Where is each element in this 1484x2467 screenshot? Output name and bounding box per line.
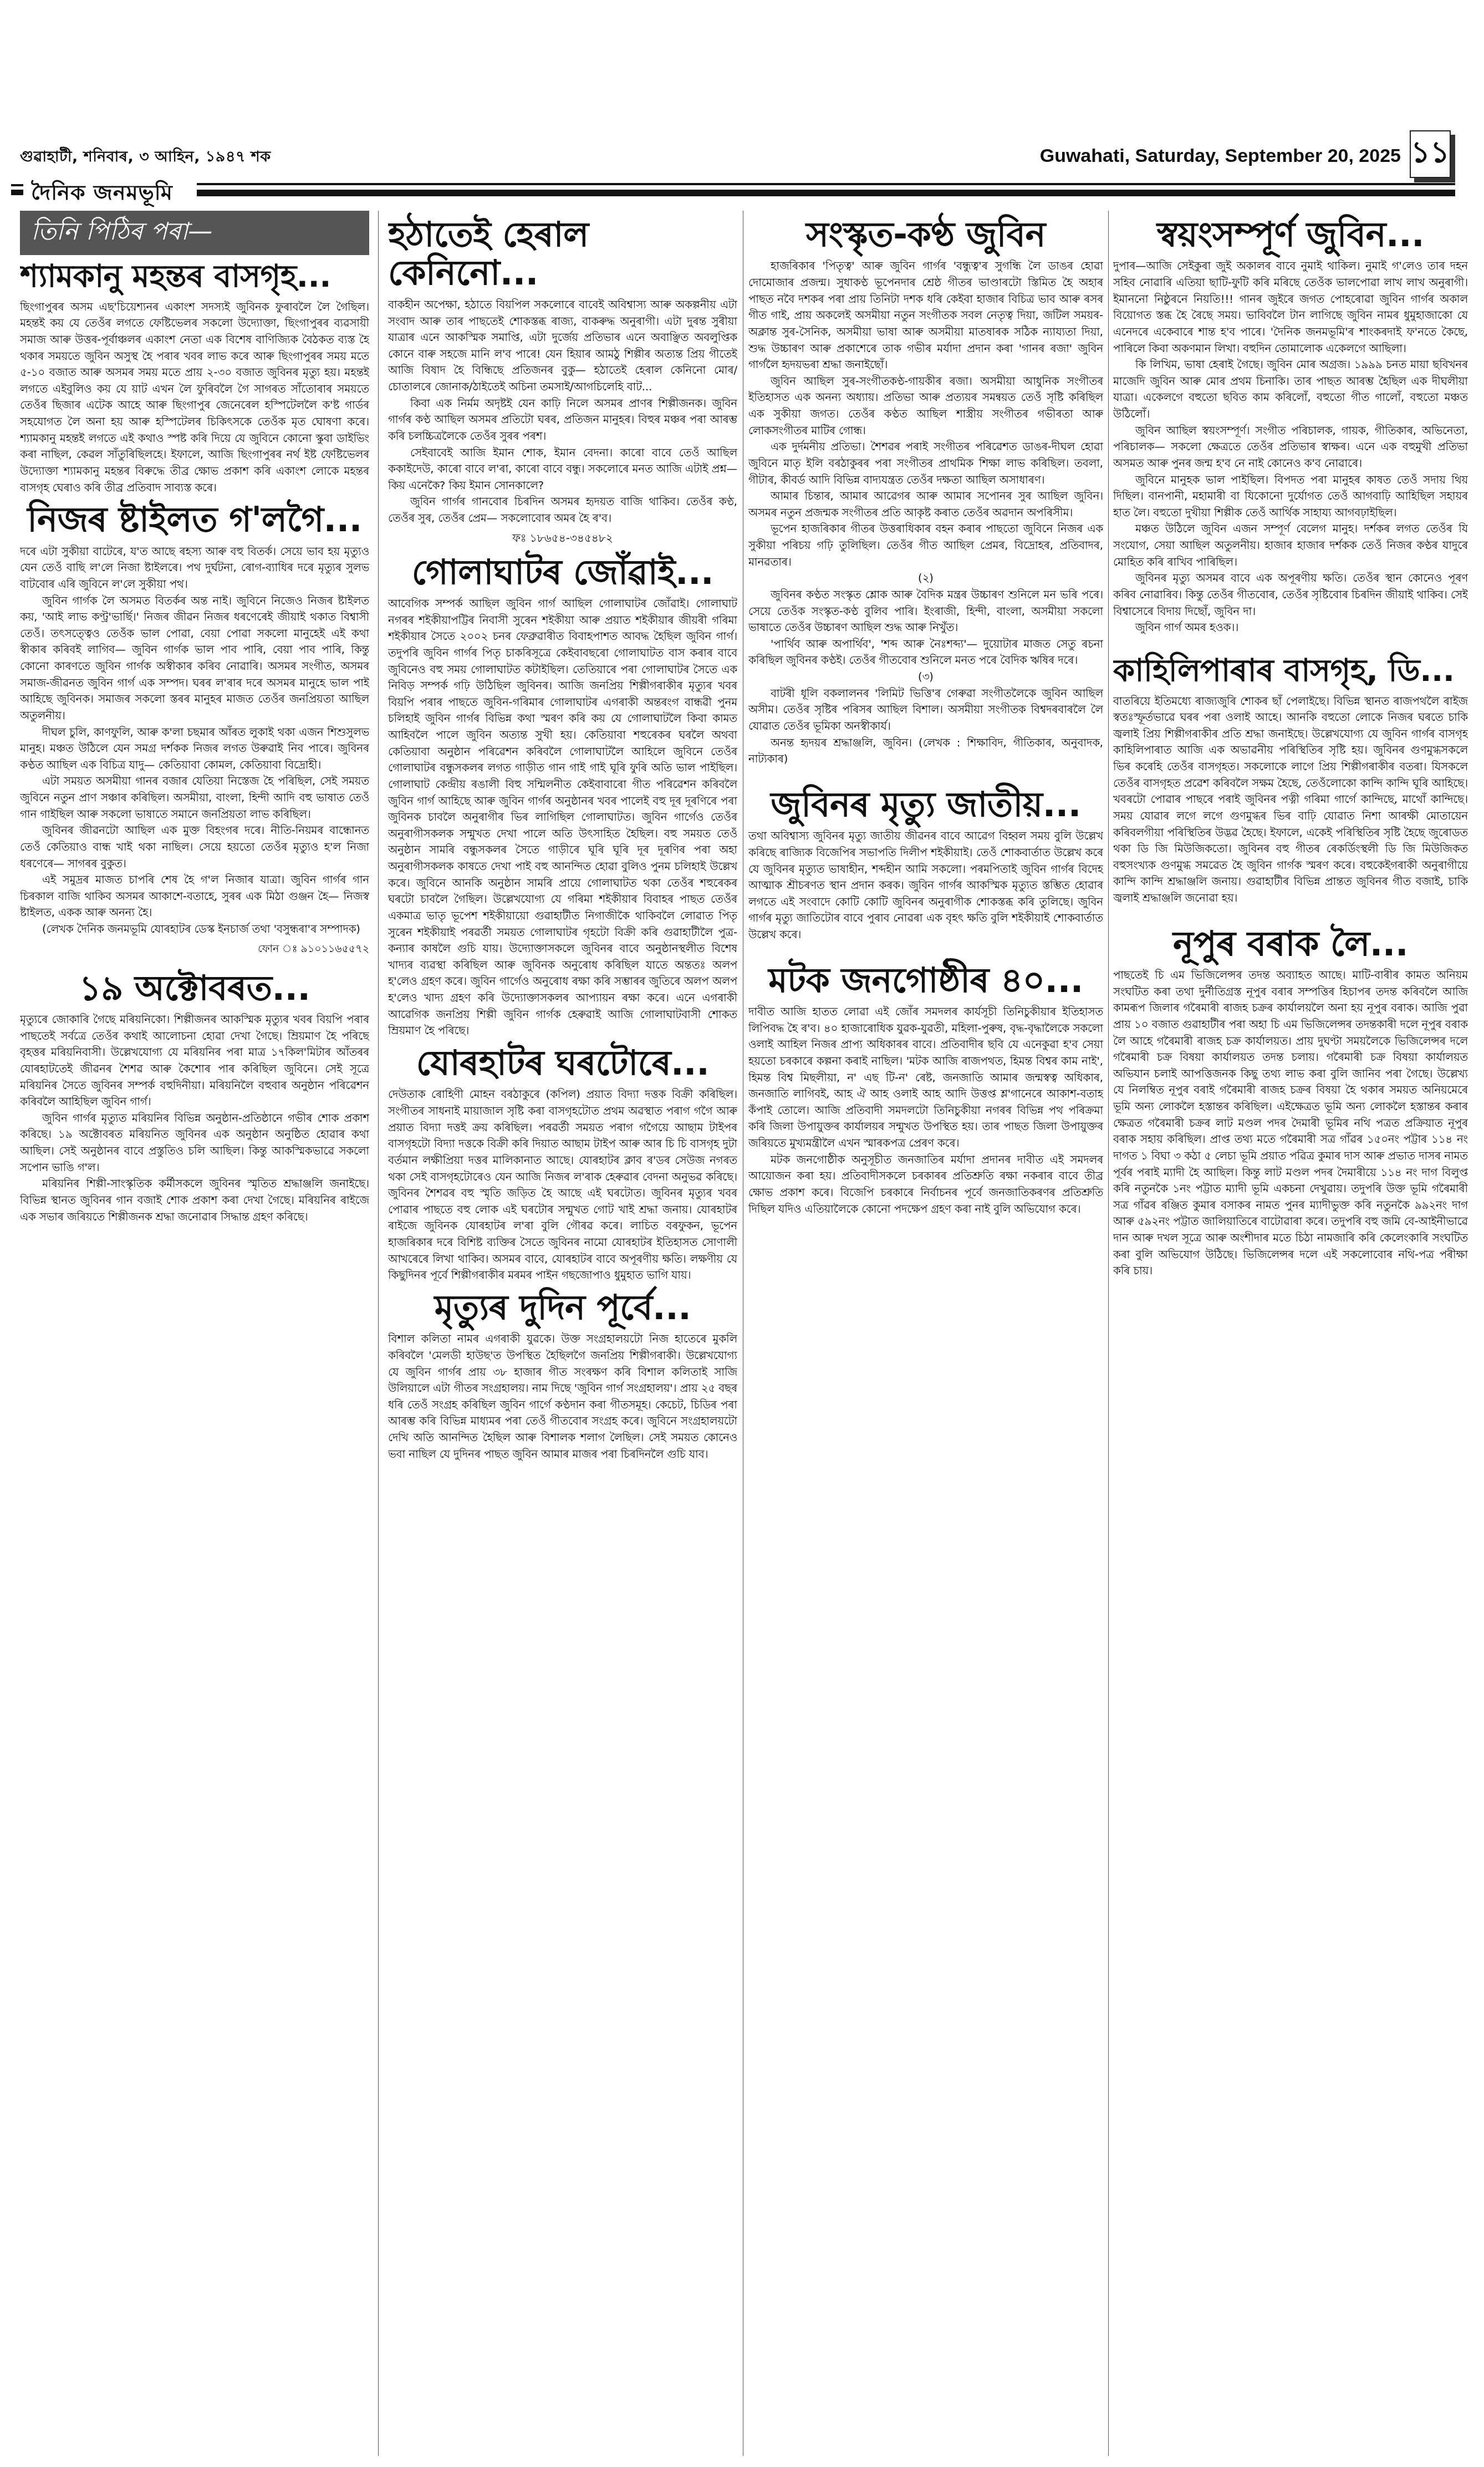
paragraph: জুবিন গাৰ্গৰ গানবোৰ চিৰদিন অসমৰ হৃদয়ত ব… [388,494,737,526]
brand-rule-left-thin [11,184,23,186]
article-sanskrit-voice-zubeen: সংস্কৃত-কণ্ঠ জুবিন হাজৰিকাৰ 'পিতৃত্ব' আৰ… [748,215,1103,767]
article-headline: ১৯ অক্টোবৰত... [20,969,369,1007]
paragraph: জুবিন গাৰ্গক লৈ অসমত বিতৰ্কৰ অন্ত নাই। জ… [20,593,369,724]
brand-rule-right-thick [197,190,1455,196]
brand-name: দৈনিক জনমভূমি [31,176,173,212]
paragraph: জুবিনৰ মৃত্যু অসমৰ বাবে এক অপূৰণীয় ক্ষত… [1113,570,1468,619]
column-divider [743,211,743,2456]
article-headline: মৃত্যুৰ দুদিন পূৰ্বে... [388,1288,737,1326]
paragraph: বিশাল কলিতা নামৰ এগৰাকী যুৱকে। উক্ত সংগ্… [388,1331,737,1462]
paragraph: জুবিন গাৰ্গ অমৰ হওক।। [1113,619,1468,636]
paragraph: কিবা এক নিৰ্মম অদৃষ্টই যেন কাঢ়ি নিলে অস… [388,395,737,445]
brand-rule-right-thin [197,183,1455,185]
paragraph: মটক জনগোষ্ঠীক অনুসূচীত জনজাতিৰ মৰ্যাদা প… [748,1152,1103,1218]
article-headline: সংস্কৃত-কণ্ঠ জুবিন [748,215,1103,253]
section-number: (৩) [748,669,1103,685]
paragraph: বাতৰিয়ে ইতিমধ্যে ৰাজ্যজুৰি শোকৰ ছাঁ পেল… [1113,693,1468,907]
paragraph: এক দুৰ্দমনীয় প্ৰতিভা। শৈশৱৰ পৰাই সংগীতৰ… [748,439,1103,488]
article-zubeen-death-national: জুবিনৰ মৃত্যু জাতীয়... তথা অবিশ্বাস্য জ… [748,785,1103,943]
paragraph: ছিংগাপুৰৰ অসম এছ'চিয়েশ্যনৰ একাংশ সদস্যই… [20,299,369,496]
paragraph: মৰিয়নিৰ শিল্পী-সাংস্কৃতিক কৰ্মীসকলে জুব… [20,1176,369,1225]
article-headline: জুবিনৰ মৃত্যু জাতীয়... [748,785,1103,823]
paragraph: এটা সময়ত অসমীয়া গানৰ বজাৰ যেতিয়া নিস্… [20,773,369,822]
paragraph: দেউতাক ৰোহিণী মোহন বৰঠাকুৰে (কপিল) প্ৰয়… [388,1086,737,1284]
article-golaghat-son-in-law: গোলাঘাটৰ জোঁৱাই... আবেগিক সম্পৰ্ক আছিল জ… [388,553,737,1039]
article-headline: যোৰহাটৰ ঘৰটোৰে... [388,1044,737,1082]
paragraph: আমাৰ চিন্তাৰ, আমাৰ আৱেগৰ আৰু আমাৰ সপোনৰ … [748,488,1103,521]
article-body: দৰে এটা সুকীয়া বাটেৰে, য'ত আছে ৰহস্য আৰ… [20,543,369,938]
article-headline: শ্যামকানু মহন্তৰ বাসগৃহ... [20,260,369,294]
paragraph: জুবিনৰ জীৱনটো আছিল এক মুক্ত বিহংগৰ দৰে। … [20,822,369,872]
article-two-days-before-death: মৃত্যুৰ দুদিন পূৰ্বে... বিশাল কলিতা নামৰ… [388,1288,737,1462]
continued-from-page-3-banner: তিনি পিঠিৰ পৰা— [20,211,369,255]
paragraph: জুবিনে মানুহক ভাল পাইছিল। বিপদত পৰা মানু… [1113,472,1468,521]
paragraph: এই সমুদ্ৰৰ মাজত চাপৰি শেষ হৈ গ'ল নিজাৰ য… [20,872,369,921]
author-note: অনন্ত হৃদয়ৰ শ্ৰদ্ধাঞ্জলি, জুবিন। (লেখক … [748,735,1103,767]
paragraph: বাকহীন অপেক্ষা, হঠাতে বিয়পিল সকলোৰে বাব… [388,297,737,395]
paragraph: দুপাৰ—আজি সেইকুৰা জুই অকালৰ বাবে নুমাই থ… [1113,258,1468,357]
column-2: হঠাতেই হেৰাল কেনিনো... বাকহীন অপেক্ষা, হ… [388,211,737,2456]
article-body: দুপাৰ—আজি সেইকুৰা জুই অকালৰ বাবে নুমাই থ… [1113,258,1468,635]
article-kahilipara-residence: কাহিলিপাৰাৰ বাসগৃহ, ডি... বাতৰিয়ে ইতিমধ… [1113,654,1468,907]
article-body: মৃত্যুৰে জোকাৰি গৈছে মৰিয়নিকো। শিল্পীজন… [20,1011,369,1225]
paragraph: দৰে এটা সুকীয়া বাটেৰে, য'ত আছে ৰহস্য আৰ… [20,543,369,593]
column-divider [378,211,379,2456]
article-body: দাবীত আজি হাতত লোৱা এই জোঁৰ সমদলৰ কাৰ্যস… [748,1004,1103,1217]
contact-number: ফঃ ১৮৬৫৪-৩৪৫৪৮২ [388,530,737,548]
article-body: বিশাল কলিতা নামৰ এগৰাকী যুৱকে। উক্ত সংগ্… [388,1331,737,1462]
section-number: (২) [748,570,1103,587]
article-headline: নিজৰ ষ্টাইলত গ'লগৈ... [20,500,369,538]
paragraph: বাটৰী ধূলি বকলালনৰ 'লিমিট ভিত্তি'ৰ গেৰুৱ… [748,685,1103,735]
paragraph: দীঘল চুলি, কাণফুলি, আৰু ক'লা চছমাৰ আঁৰত … [20,724,369,774]
paragraph: দাবীত আজি হাতত লোৱা এই জোঁৰ সমদলৰ কাৰ্যস… [748,1004,1103,1152]
paragraph: ভূপেন হাজৰিকাৰ গীতৰ উত্তৰাধিকাৰ বহন কৰাৰ… [748,521,1103,570]
article-jorhat-house: যোৰহাটৰ ঘৰটোৰে... দেউতাক ৰোহিণী মোহন বৰঠ… [388,1044,737,1284]
article-body: হাজৰিকাৰ 'পিতৃত্ব' আৰু জুবিন গাৰ্গৰ 'বন্… [748,258,1103,767]
article-headline: কাহিলিপাৰাৰ বাসগৃহ, ডি... [1113,654,1468,689]
article-headline: মটক জনগোষ্ঠীৰ ৪০... [748,961,1103,999]
column-3: সংস্কৃত-কণ্ঠ জুবিন হাজৰিকাৰ 'পিতৃত্ব' আৰ… [748,211,1103,2456]
paragraph: আবেগিক সম্পৰ্ক আছিল জুবিন গাৰ্গ আছিল গোল… [388,596,737,1039]
paragraph: সেইবাবেই আজি ইমান শোক, ইমান বেদনা। কাৰো … [388,445,737,494]
article-moran-community-40: মটক জনগোষ্ঠীৰ ৪০... দাবীত আজি হাতত লোৱা … [748,961,1103,1218]
page-number-box: ১১ [1410,130,1451,178]
article-19-october: ১৯ অক্টোবৰত... মৃত্যুৰে জোকাৰি গৈছে মৰিয… [20,969,369,1225]
article-body: তথা অবিশ্বাস্য জুবিনৰ মৃত্যু জাতীয় জীৱন… [748,828,1103,943]
paragraph: কি লিখিম, ভাষা হেৰাই গৈছে। জুবিন মোৰ অগ্… [1113,357,1468,423]
paragraph: জুবিন আছিল স্বয়ংসম্পূৰ্ণ। সংগীত পৰিচালক… [1113,423,1468,472]
article-suddenly-lost: হঠাতেই হেৰাল কেনিনো... বাকহীন অপেক্ষা, হ… [388,215,737,548]
article-body: আবেগিক সম্পৰ্ক আছিল জুবিন গাৰ্গ আছিল গোল… [388,596,737,1039]
article-body: পাছতেই চি এম ভিজিলেন্সৰ তদন্ত অব্যাহত আছ… [1113,967,1468,1279]
brand-rule-left-thick [11,190,23,195]
paragraph: মৃত্যুৰে জোকাৰি গৈছে মৰিয়নিকো। শিল্পীজন… [20,1011,369,1110]
paragraph: জুবিনৰ কণ্ঠত সংস্কৃত শ্লোক আৰু বৈদিক মন্… [748,587,1103,636]
article-nupur-bora: নূপুৰ বৰাক লৈ... পাছতেই চি এম ভিজিলেন্সৰ… [1113,924,1468,1279]
newspaper-page: গুৱাহাটী, শনিবাৰ, ৩ আহিন, ১৯৪৭ শক Guwaha… [0,0,1484,2467]
article-headline: হঠাতেই হেৰাল কেনিনো... [388,215,737,292]
article-shyamkanu-residence: শ্যামকানু মহন্তৰ বাসগৃহ... ছিংগাপুৰৰ অসম… [20,260,369,496]
article-headline: গোলাঘাটৰ জোঁৱাই... [388,553,737,591]
paragraph: তথা অবিশ্বাস্য জুবিনৰ মৃত্যু জাতীয় জীৱন… [748,828,1103,943]
author-phone: ফোন ঃ ৯১০১১৬৫৫৭২ [20,941,369,959]
article-headline: নূপুৰ বৰাক লৈ... [1113,924,1468,963]
column-4: স্বয়ংসম্পূৰ্ণ জুবিন... দুপাৰ—আজি সেইকুৰ… [1113,211,1468,2456]
paragraph: জুবিন গাৰ্গৰ মৃত্যুত মৰিয়নিৰ বিভিন্ন অন… [20,1110,369,1176]
paragraph: পাছতেই চি এম ভিজিলেন্সৰ তদন্ত অব্যাহত আছ… [1113,967,1468,1279]
paragraph: হাজৰিকাৰ 'পিতৃত্ব' আৰু জুবিন গাৰ্গৰ 'বন্… [748,258,1103,373]
paragraph: মঞ্চত উঠিলে জুবিন এজন সম্পূৰ্ণ বেলেগ মান… [1113,521,1468,570]
article-body: ছিংগাপুৰৰ অসম এছ'চিয়েশ্যনৰ একাংশ সদস্যই… [20,299,369,496]
section-brand-bar: দৈনিক জনমভূমি [11,176,1455,204]
article-self-sufficient-zubeen: স্বয়ংসম্পূৰ্ণ জুবিন... দুপাৰ—আজি সেইকুৰ… [1113,215,1468,636]
article-body: বাতৰিয়ে ইতিমধ্যে ৰাজ্যজুৰি শোকৰ ছাঁ পেল… [1113,693,1468,907]
article-headline: স্বয়ংসম্পূৰ্ণ জুবিন... [1113,215,1468,253]
dateline-assamese: গুৱাহাটী, শনিবাৰ, ৩ আহিন, ১৯৪৭ শক [20,145,271,170]
article-body: বাকহীন অপেক্ষা, হঠাতে বিয়পিল সকলোৰে বাব… [388,297,737,527]
article-own-style: নিজৰ ষ্টাইলত গ'লগৈ... দৰে এটা সুকীয়া বা… [20,500,369,958]
paragraph: 'পাৰ্থিব আৰু অপাৰ্থিব', 'শব্দ আৰু নৈঃশব্… [748,636,1103,669]
column-1: তিনি পিঠিৰ পৰা— শ্যামকানু মহন্তৰ বাসগৃহ.… [20,211,369,2456]
author-note: (লেখক দৈনিক জনমভূমি যোৰহাটৰ ডেস্ক ইনচাৰ্… [20,921,369,938]
column-divider [1108,211,1109,2456]
dateline-english: Guwahati, Saturday, September 20, 2025 [1040,145,1401,167]
paragraph: জুবিন আছিল সুৰ-সংগীতকণ্ঠ-গায়কীৰ ৰজা। অস… [748,373,1103,439]
article-body: দেউতাক ৰোহিণী মোহন বৰঠাকুৰে (কপিল) প্ৰয়… [388,1086,737,1284]
